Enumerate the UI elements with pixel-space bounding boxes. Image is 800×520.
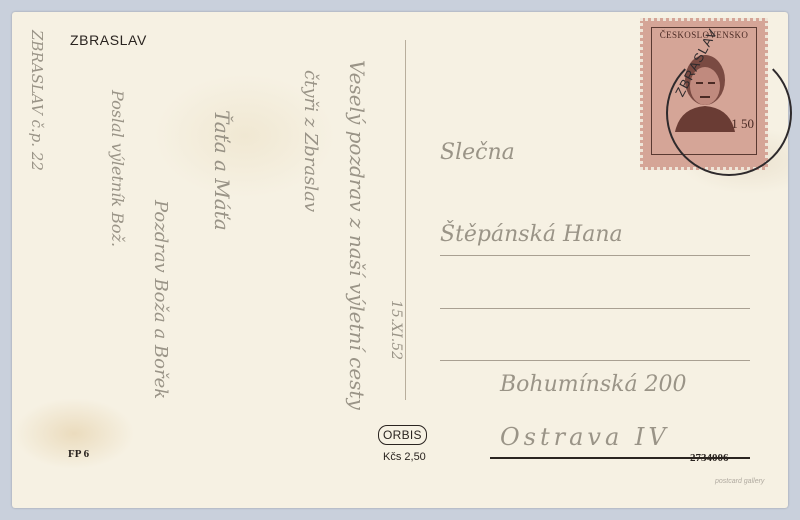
address-line-1: Slečna [440, 140, 515, 165]
address-line [440, 360, 750, 361]
address-line-last [490, 457, 750, 459]
margin-note: ZBRASLAV č.p. 22 [28, 30, 46, 171]
address-line-4: Bohumínská 200 [500, 372, 687, 397]
series-label: FP 6 [68, 448, 89, 460]
address-line [440, 255, 750, 256]
address-line-2: Štěpánská Hana [440, 222, 623, 247]
address-line-5: Ostrava IV [500, 423, 670, 451]
message-column: čtyři z Zbraslav [300, 70, 321, 212]
place-title: ZBRASLAV [70, 32, 147, 48]
message-column: Ťaťa a Máťa [210, 110, 234, 231]
watermark: postcard gallery [715, 478, 764, 485]
address-line [440, 308, 750, 309]
message-column: Pozdrav Boža a Bořek [150, 200, 171, 399]
publisher-logo: ORBIS [378, 425, 427, 445]
center-divider [405, 40, 406, 400]
price-label: Kčs 2,50 [383, 451, 426, 463]
message-date: 15.XI.52 [388, 300, 404, 360]
message-column: Veselý pozdrav z naší výletní cesty [345, 60, 369, 410]
message-column: Poslal výletník Bož. [108, 90, 127, 247]
